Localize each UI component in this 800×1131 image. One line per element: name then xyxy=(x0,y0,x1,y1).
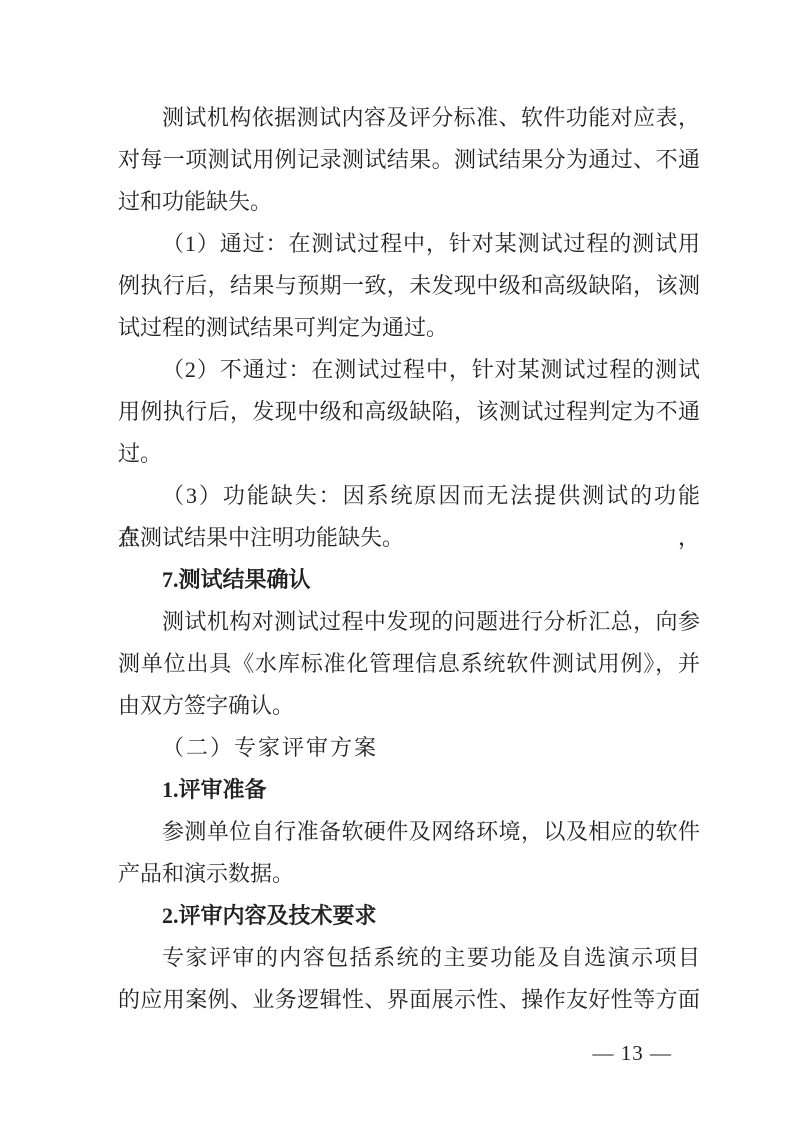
body-line: （3）功能缺失：因系统原因而无法提供测试的功能点， xyxy=(118,475,700,517)
body-line: 测试机构依据测试内容及评分标准、软件功能对应表， xyxy=(118,97,700,139)
body-line: 产品和演示数据。 xyxy=(118,853,700,895)
body-line: 例执行后，结果与预期一致，未发现中级和高级缺陷，该测 xyxy=(118,265,700,307)
body-line: 试过程的测试结果可判定为通过。 xyxy=(118,307,700,349)
document-page: 测试机构依据测试内容及评分标准、软件功能对应表，对每一项测试用例记录测试结果。测… xyxy=(0,0,800,1131)
page-footer: — 13 — xyxy=(593,1041,673,1065)
body-line: 测试机构对测试过程中发现的问题进行分析汇总，向参 xyxy=(118,601,700,643)
body-line: 的应用案例、业务逻辑性、界面展示性、操作友好性等方面 xyxy=(118,979,700,1021)
body-line: 参测单位自行准备软硬件及网络环境，以及相应的软件 xyxy=(118,811,700,853)
body-line: 对每一项测试用例记录测试结果。测试结果分为通过、不通 xyxy=(118,139,700,181)
body-line: 测单位出具《水库标准化管理信息系统软件测试用例》，并 xyxy=(118,643,700,685)
body-line: 过和功能缺失。 xyxy=(118,181,700,223)
heading-section-2-expert-review-plan: （二）专家评审方案 xyxy=(118,727,700,769)
body-line: 过。 xyxy=(118,433,700,475)
body-line: 专家评审的内容包括系统的主要功能及自选演示项目 xyxy=(118,937,700,979)
heading-2-review-content-and-technical-requirements: 2.评审内容及技术要求 xyxy=(118,895,700,937)
page-number: — 13 — xyxy=(593,1041,673,1065)
heading-1-review-preparation: 1.评审准备 xyxy=(118,769,700,811)
body-line: （1）通过：在测试过程中，针对某测试过程的测试用 xyxy=(118,223,700,265)
document-body: 测试机构依据测试内容及评分标准、软件功能对应表，对每一项测试用例记录测试结果。测… xyxy=(118,97,700,1021)
body-line: 用例执行后，发现中级和高级缺陷，该测试过程判定为不通 xyxy=(118,391,700,433)
body-line: （2）不通过：在测试过程中，针对某测试过程的测试 xyxy=(118,349,700,391)
body-line: 由双方签字确认。 xyxy=(118,685,700,727)
heading-7-test-result-confirmation: 7.测试结果确认 xyxy=(118,559,700,601)
